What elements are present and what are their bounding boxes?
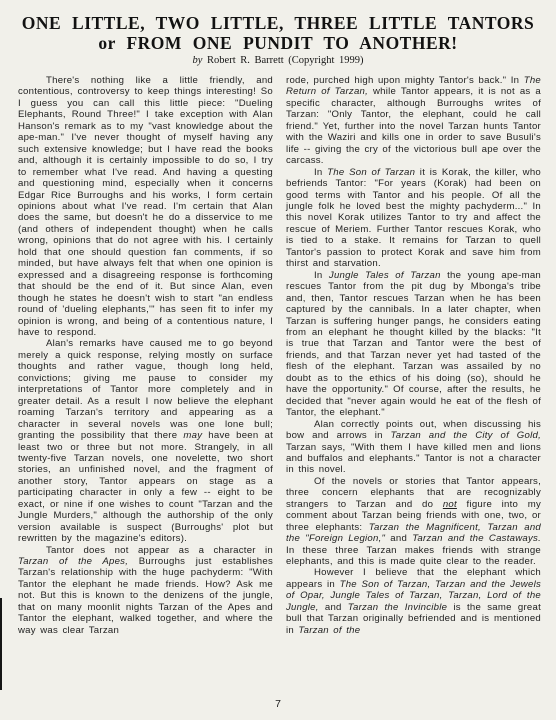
- paragraph: Tantor does not appear as a character in…: [18, 545, 273, 637]
- paragraph: rode, purched high upon mighty Tantor's …: [286, 75, 541, 167]
- text-segment: In: [314, 167, 327, 178]
- text-segment: Alan's remarks have caused me to go beyo…: [18, 338, 273, 441]
- text-segment: it is Korak, the killer, who befriends T…: [286, 167, 541, 270]
- text-segment: Jungle Tales of Tarzan: [329, 270, 441, 281]
- column-left: There's nothing like a little friendly, …: [18, 75, 273, 636]
- paragraph: In The Son of Tarzan it is Korak, the ki…: [286, 167, 541, 270]
- paragraph: In Jungle Tales of Tarzan the young ape-…: [286, 270, 541, 419]
- paragraph: There's nothing like a little friendly, …: [18, 75, 273, 338]
- text-segment: and: [385, 533, 412, 544]
- text-segment: There's nothing like a little friendly, …: [18, 75, 273, 338]
- page-number: 7: [275, 698, 281, 710]
- text-segment: have been at least two or three but not …: [18, 430, 273, 544]
- byline-author: Robert R. Barrett (Copyright 1999): [202, 55, 363, 66]
- text-segment: Tarzan and the Castaways.: [412, 533, 541, 544]
- byline: by Robert R. Barrett (Copyright 1999): [0, 55, 556, 66]
- paragraph: Of the novels or stories that Tantor app…: [286, 476, 541, 568]
- text-segment: rode, purched high upon mighty Tantor's …: [286, 75, 524, 86]
- paragraph: Alan correctly points out, when discussi…: [286, 419, 541, 476]
- article-title: ONE LITTLE, TWO LITTLE, THREE LITTLE TAN…: [0, 13, 556, 53]
- text-segment: Tantor does not appear as a character in: [46, 545, 273, 556]
- text-segment: may: [183, 430, 202, 441]
- text-segment: The Son of Tarzan: [327, 167, 415, 178]
- text-segment: Tarzan and the City of Gold,: [391, 430, 541, 441]
- text-segment: Tarzan of the Apes,: [18, 556, 128, 567]
- article-header: ONE LITTLE, TWO LITTLE, THREE LITTLE TAN…: [0, 0, 556, 66]
- text-segment: Tarzan the Invincible: [348, 602, 447, 613]
- scan-edge-artifact: [0, 598, 2, 690]
- text-segment: Tarzan says, "With them I have killed me…: [286, 442, 541, 476]
- article-page: ONE LITTLE, TWO LITTLE, THREE LITTLE TAN…: [0, 0, 556, 720]
- text-segment: In these three Tarzan makes friends with…: [286, 545, 541, 567]
- column-right: rode, purched high upon mighty Tantor's …: [286, 75, 541, 636]
- article-title-line1: ONE LITTLE, TWO LITTLE, THREE LITTLE TAN…: [0, 13, 556, 33]
- page-footer: 7: [0, 698, 556, 710]
- text-segment: while Tantor appears, it is not as a spe…: [286, 86, 541, 166]
- text-segment: the young ape-man rescues Tantor from th…: [286, 270, 541, 418]
- scanned-article-page: { "page": { "background": "#f1f0ea", "pa…: [0, 0, 556, 720]
- byline-prefix: by: [193, 55, 203, 66]
- paragraph: Alan's remarks have caused me to go beyo…: [18, 338, 273, 544]
- text-segment: not: [443, 499, 457, 510]
- text-segment: Burroughs just establishes Tarzan's rela…: [18, 556, 273, 636]
- text-segment: Tarzan of the: [298, 625, 360, 636]
- paragraph: However I believe that the elephant whic…: [286, 567, 541, 636]
- text-segment: and: [319, 602, 348, 613]
- article-body: There's nothing like a little friendly, …: [0, 66, 556, 636]
- text-segment: In: [314, 270, 329, 281]
- article-title-line2: or FROM ONE PUNDIT TO ANOTHER!: [0, 33, 556, 53]
